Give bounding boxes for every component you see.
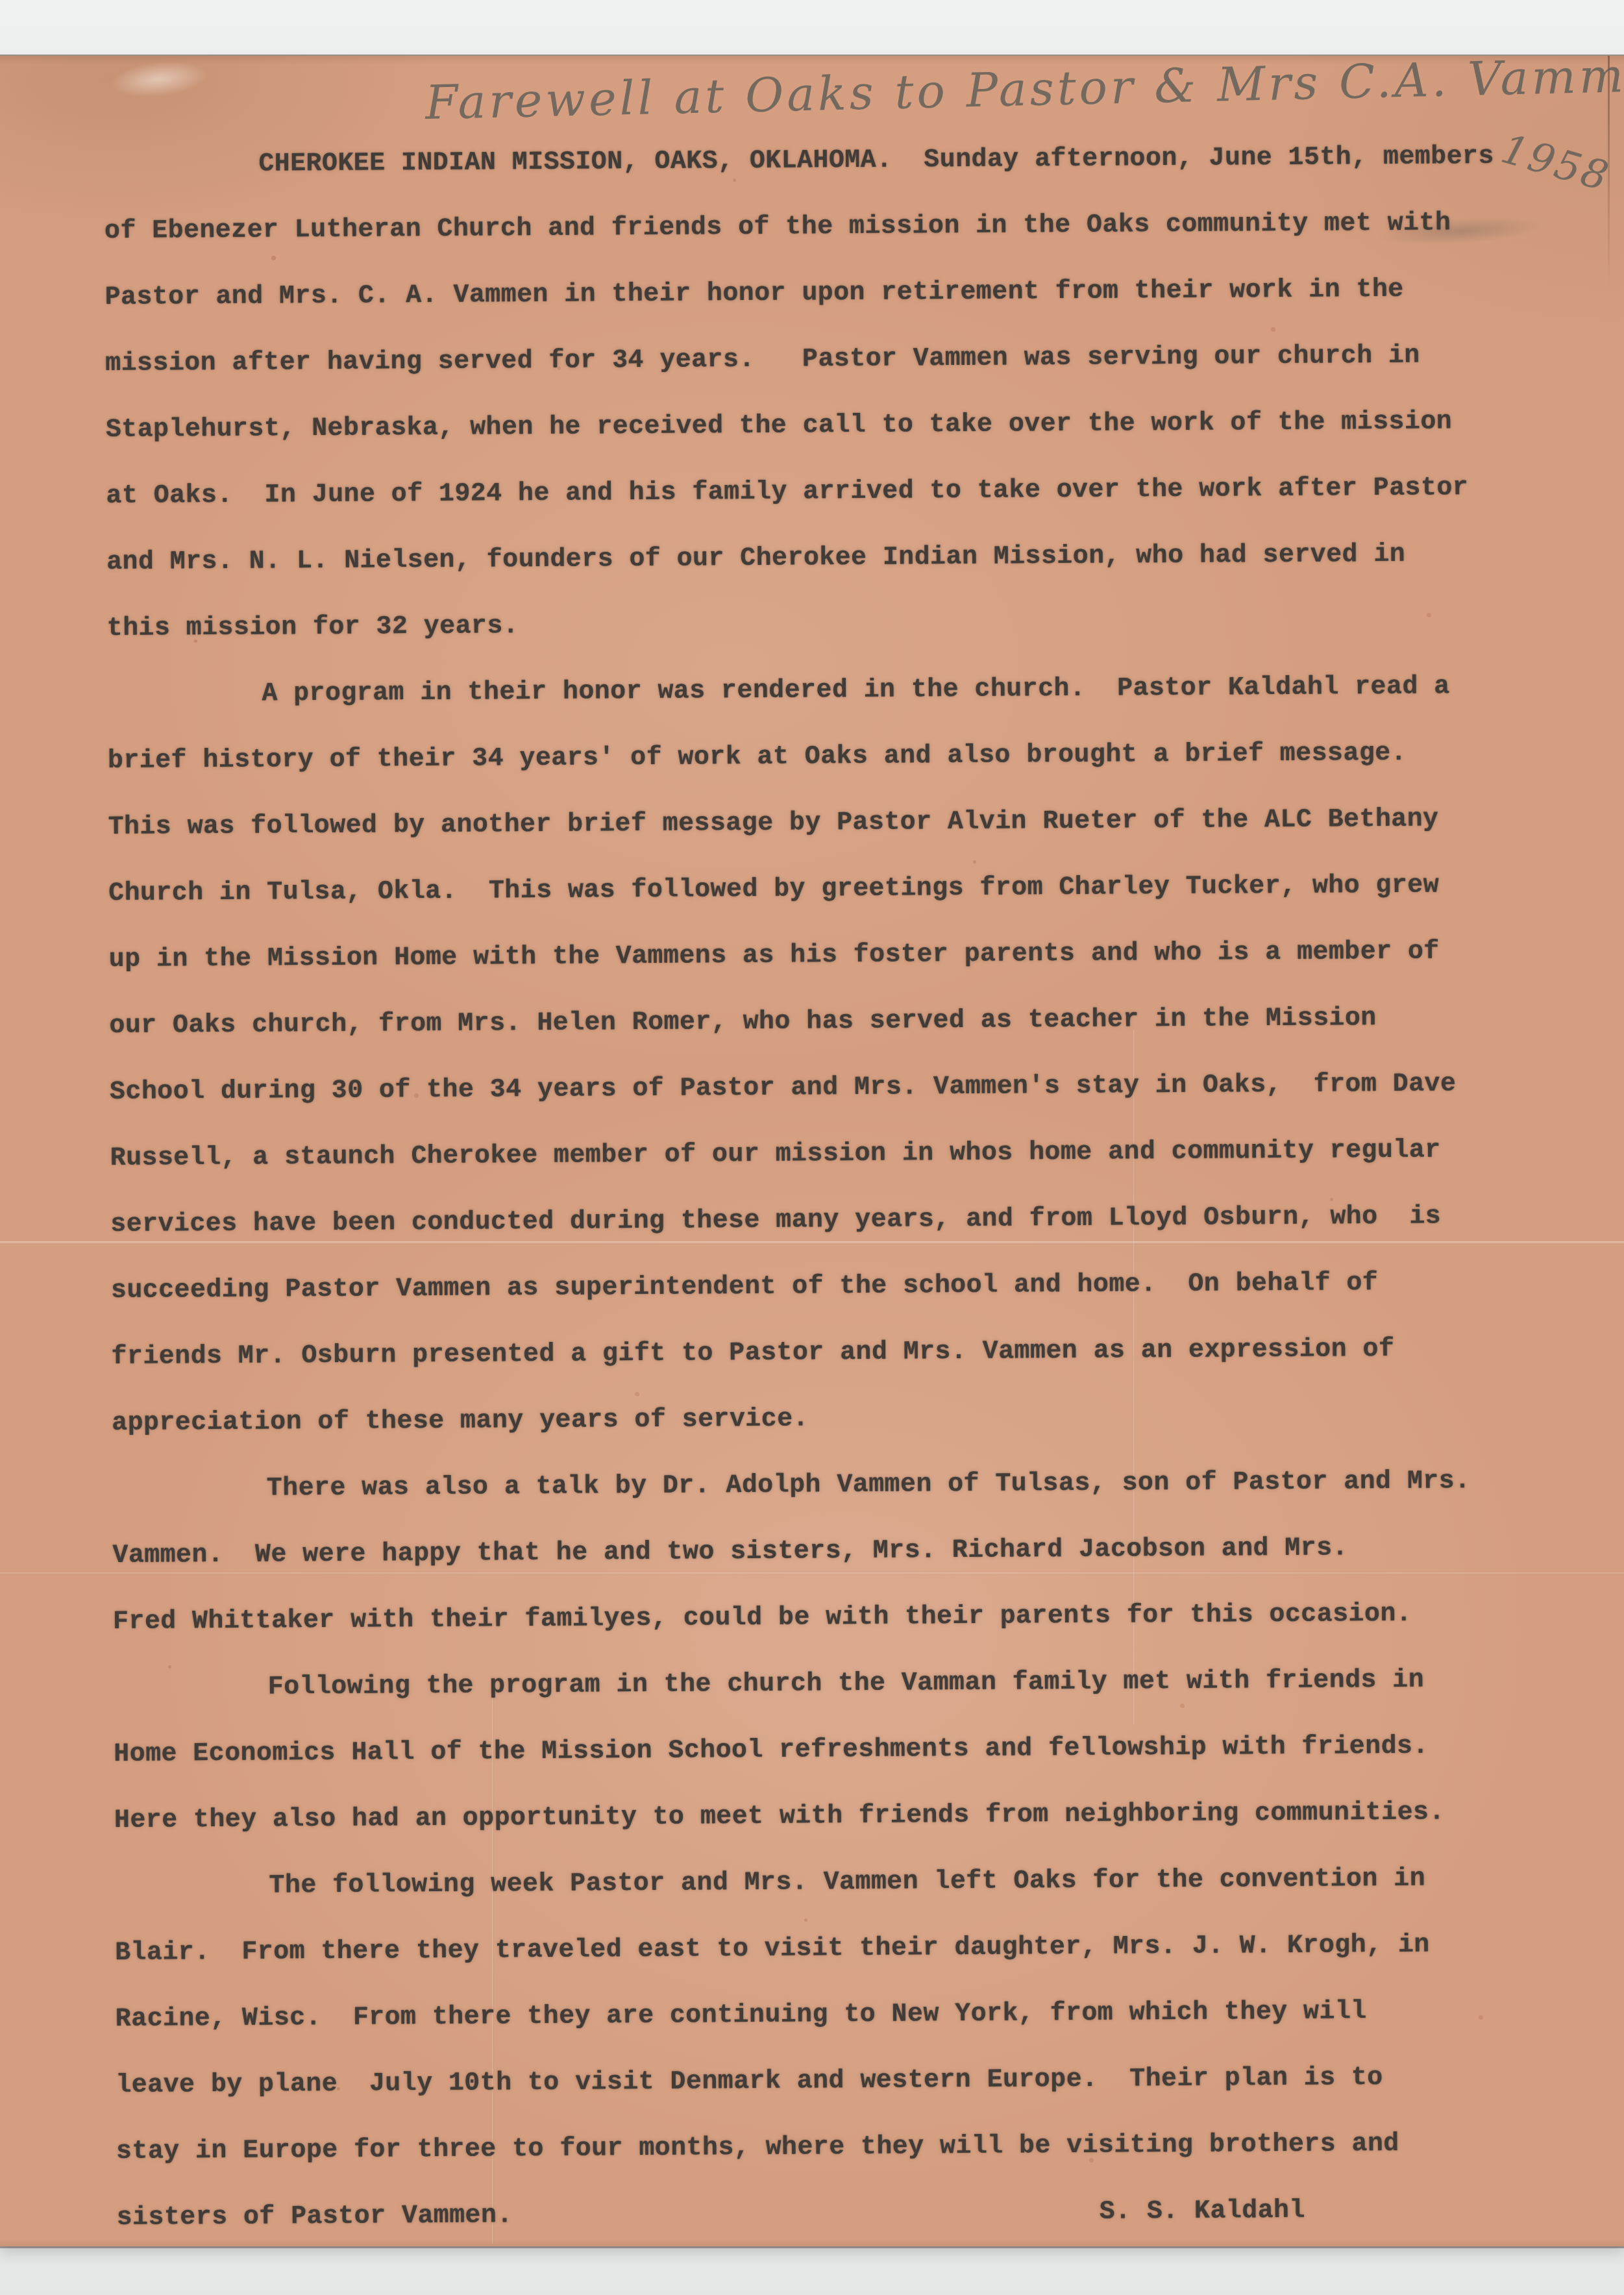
typed-line-18: succeeding Pastor Vammen as superintende…	[111, 1250, 1501, 1324]
handwritten-note: Farewell at Oaks to Pastor & Mrs C.A. Va…	[424, 47, 1624, 130]
typed-line-21: There was also a talk by Dr. Adolph Vamm…	[112, 1448, 1501, 1523]
typed-line-10: brief history of their 34 years' of work…	[108, 720, 1497, 795]
typed-line-2: of Ebenezer Lutheran Church and friends …	[105, 190, 1494, 265]
typed-line-27: The following week Pastor and Mrs. Vamme…	[114, 1846, 1504, 1920]
typed-line-30: leave by plane July 10th to visit Denmar…	[116, 2044, 1505, 2119]
typed-line-28: Blair. From there they traveled east to …	[115, 1912, 1505, 1987]
typed-line-4: mission after having served for 34 years…	[105, 323, 1495, 397]
typed-text-block: CHEROKEE INDIAN MISSION, OAKS, OKLAHOMA.…	[104, 124, 1506, 2252]
typed-line-3: Pastor and Mrs. C. A. Vammen in their ho…	[105, 256, 1494, 331]
paper-tear-mark	[88, 51, 229, 118]
typed-line-8: this mission for 32 years.	[106, 588, 1496, 662]
typed-line-9: A program in their honor was rendered in…	[107, 654, 1497, 728]
typed-line-20: appreciation of these many years of serv…	[112, 1382, 1501, 1457]
typed-line-12: Church in Tulsa, Okla. This was followed…	[108, 852, 1498, 927]
typed-line-19: friends Mr. Osburn presented a gift to P…	[111, 1316, 1501, 1391]
typed-line-23: Fred Whittaker with their familyes, coul…	[113, 1581, 1503, 1656]
typed-line-13: up in the Mission Home with the Vammens …	[109, 919, 1499, 993]
handwritten-year: 1958	[1496, 125, 1615, 201]
typed-line-26: Here they also had an opportunity to mee…	[114, 1780, 1504, 1854]
typed-line-29: Racine, Wisc. From there they are contin…	[115, 1978, 1505, 2053]
paper-speckles	[0, 56, 2, 58]
closing-text: sisters of Pastor Vammen.	[117, 2201, 513, 2233]
typed-line-14: our Oaks church, from Mrs. Helen Romer, …	[109, 985, 1499, 1060]
typed-line-22: Vammen. We were happy that he and two si…	[112, 1515, 1502, 1589]
typed-line-11: This was followed by another brief messa…	[108, 786, 1497, 861]
typed-line-25: Home Economics Hall of the Mission Schoo…	[114, 1713, 1503, 1788]
typed-line-16: Russell, a staunch Cherokee member of ou…	[110, 1117, 1499, 1192]
typed-line-31: stay in Europe for three to four months,…	[116, 2111, 1506, 2185]
signature-name: S. S. Kaldahl	[1099, 2178, 1305, 2246]
typed-line-17: services have been conducted during thes…	[110, 1184, 1500, 1258]
typed-line-7: and Mrs. N. L. Nielsen, founders of our …	[106, 521, 1496, 596]
typed-line-24: Following the program in the church the …	[113, 1647, 1503, 1722]
document-page: Farewell at Oaks to Pastor & Mrs C.A. Va…	[0, 56, 1624, 2246]
typed-line-15: School during 30 of the 34 years of Past…	[110, 1051, 1499, 1126]
typed-line-1: CHEROKEE INDIAN MISSION, OAKS, OKLAHOMA.…	[104, 124, 1494, 199]
scan-background: Farewell at Oaks to Pastor & Mrs C.A. Va…	[0, 0, 1624, 2295]
typed-line-5: Staplehurst, Nebraska, when he received …	[106, 389, 1495, 464]
typed-line-6: at Oaks. In June of 1924 he and his fami…	[106, 455, 1495, 530]
typed-closing-line: sisters of Pastor Vammen.S. S. Kaldahl	[116, 2177, 1506, 2252]
